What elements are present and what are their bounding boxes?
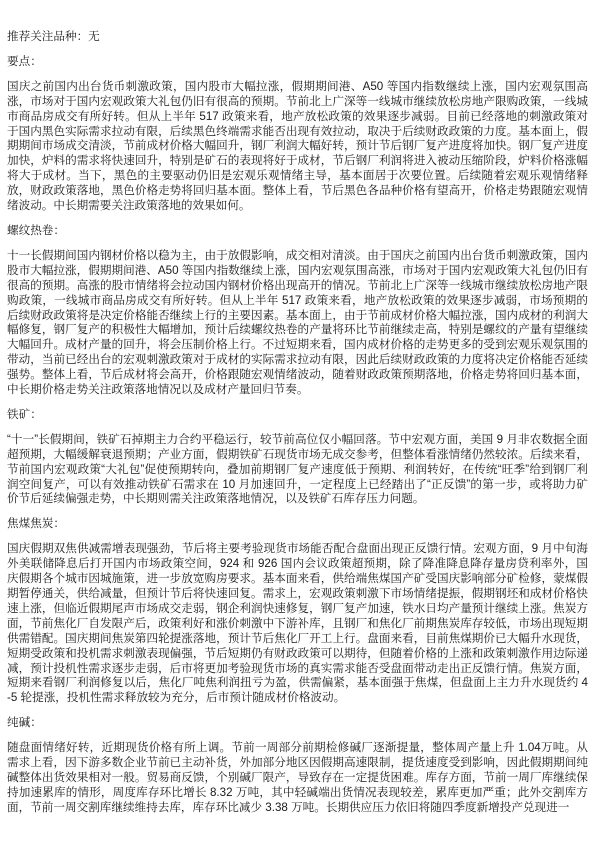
- section-soda-ash: 纯碱： 随盘面情绪好转，近期现货价格有所上调。节前一周部分前期检修碱厂逐渐提量，…: [7, 716, 588, 815]
- section-body-rebar-hot-coil: 十一长假期间国内钢材价格以稳为主，由于放假影响，成交相对清淡。由于国庆之前国内出…: [7, 249, 588, 398]
- section-heading-key-points: 要点：: [7, 55, 588, 70]
- section-iron-ore: 铁矿： “十一”长假期间，铁矿石掉期主力合约平稳运行，较节前高位仅小幅回落。节中…: [7, 408, 588, 507]
- section-heading-rebar-hot-coil: 螺纹热卷：: [7, 224, 588, 239]
- report-page: 推荐关注品种：无 要点： 国庆之前国内出台货币刺激政策，国内股市大幅拉涨，假期期…: [0, 0, 595, 842]
- section-body-coking-coal-coke: 国庆假期双焦供减需增表现强劲，节后将主要考验现货市场能否配合盘面出现正反馈行情。…: [7, 542, 588, 706]
- section-heading-coking-coal-coke: 焦煤焦炭：: [7, 517, 588, 532]
- section-heading-iron-ore: 铁矿：: [7, 408, 588, 423]
- section-body-soda-ash: 随盘面情绪好转，近期现货价格有所上调。节前一周部分前期检修碱厂逐渐提量，整体周产…: [7, 741, 588, 816]
- section-rebar-hot-coil: 螺纹热卷： 十一长假期间国内钢材价格以稳为主，由于放假影响，成交相对清淡。由于国…: [7, 224, 588, 398]
- section-coking-coal-coke: 焦煤焦炭： 国庆假期双焦供减需增表现强劲，节后将主要考验现货市场能否配合盘面出现…: [7, 517, 588, 706]
- section-body-iron-ore: “十一”长假期间，铁矿石掉期主力合约平稳运行，较节前高位仅小幅回落。节中宏观方面…: [7, 433, 588, 508]
- section-heading-soda-ash: 纯碱：: [7, 716, 588, 731]
- recommended-varieties-line: 推荐关注品种：无: [7, 30, 588, 45]
- section-body-key-points: 国庆之前国内出台货币刺激政策，国内股市大幅拉涨，假期期间港、A50 等国内指数继…: [7, 80, 588, 214]
- section-key-points: 要点： 国庆之前国内出台货币刺激政策，国内股市大幅拉涨，假期期间港、A50 等国…: [7, 55, 588, 214]
